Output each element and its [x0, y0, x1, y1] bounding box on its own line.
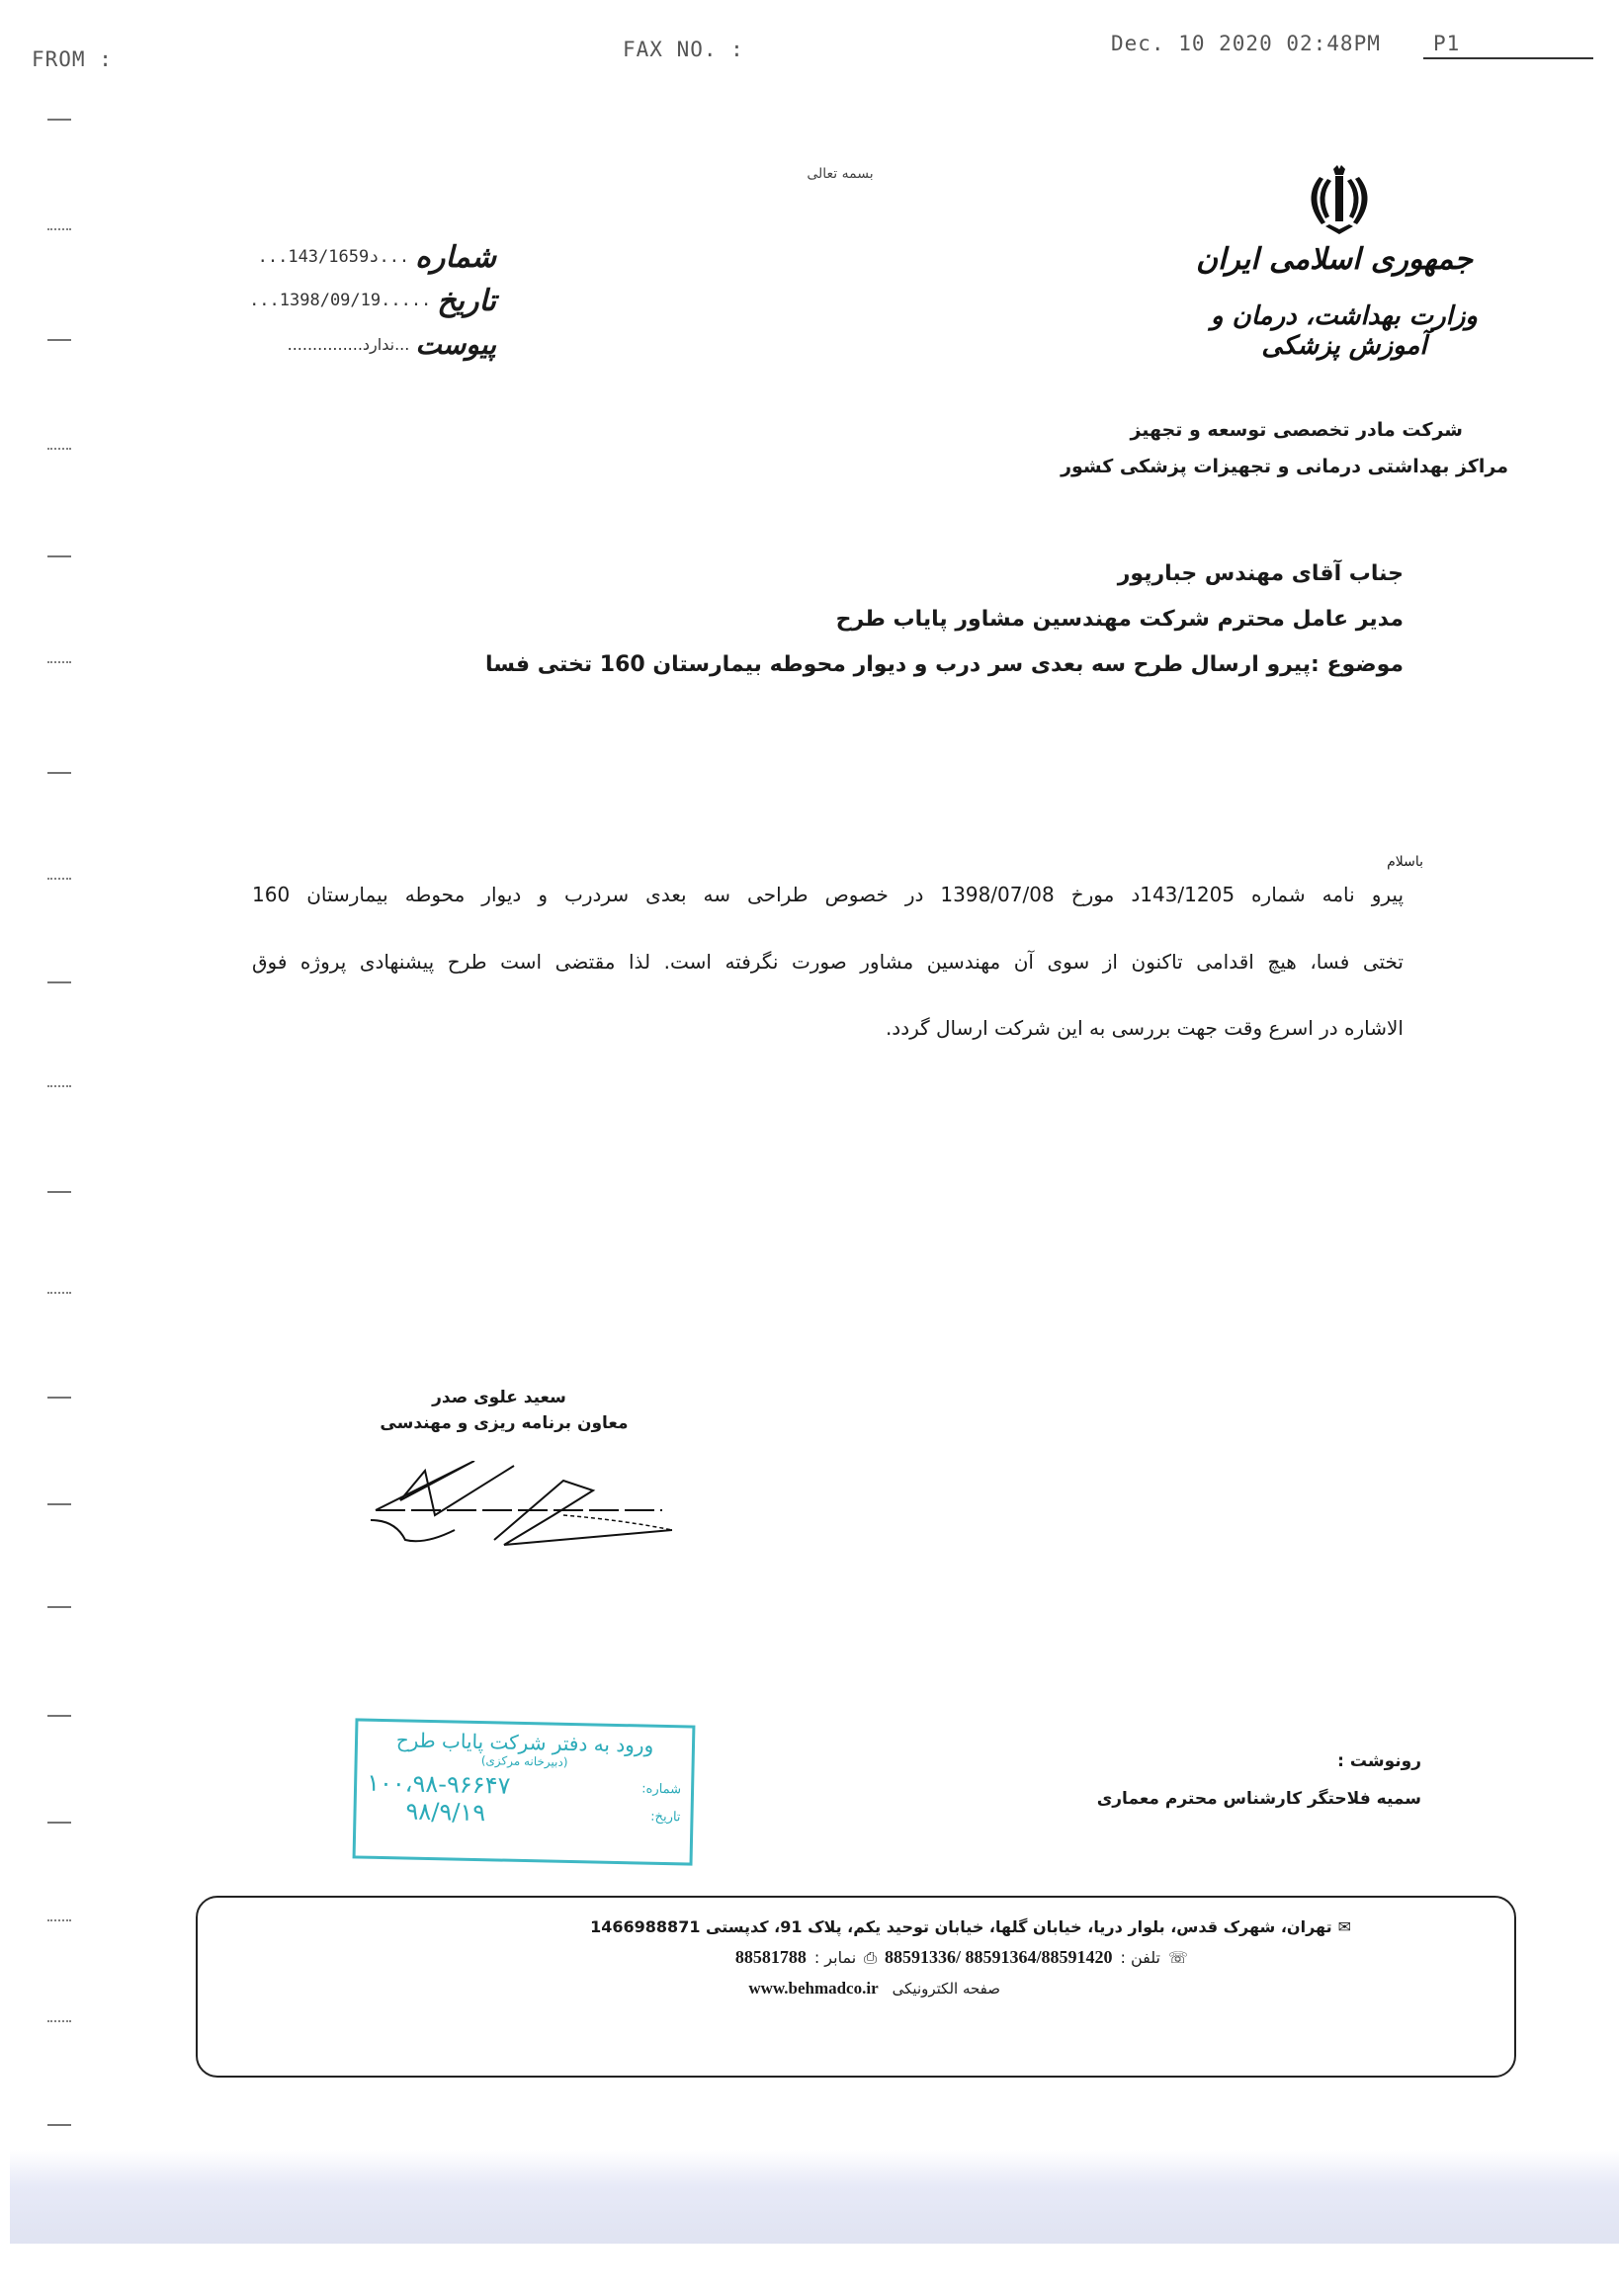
cc-recipient: سمیه فلاحتگر کارشناس محترم معماری: [1097, 1789, 1421, 1809]
received-stamp: ورود به دفتر شرکت پایاب طرح (دبیرخانه مر…: [353, 1718, 696, 1865]
fax-label: نمابر :: [814, 1948, 856, 1967]
stamp-number-value: ۱۰۰،۹۸-۹۶۶۴۷: [367, 1769, 511, 1800]
fax-header-underline: [1423, 57, 1593, 59]
phone-values: 88591336/ 88591364/88591420: [885, 1947, 1113, 1968]
letter-date-value: ...1398/09/19.....: [249, 291, 431, 310]
cc-label: رونوشت :: [1337, 1751, 1421, 1771]
footer-website-row: صفحه الکترونیکی www.behmadco.ir: [748, 1979, 1000, 1998]
phone-icon: ☏: [1168, 1948, 1188, 1967]
body-line-1: پیرو نامه شماره 143/1205د مورخ 1398/07/0…: [252, 883, 1404, 906]
phone-label: تلفن :: [1120, 1948, 1160, 1967]
footer-address-row: ✉ تهران، شهرک قدس، بلوار دریا، خیابان گل…: [590, 1917, 1351, 1936]
letter-date-label: تاریخ: [437, 284, 496, 318]
signature: [366, 1461, 682, 1555]
website-label: صفحه الکترونیکی: [893, 1980, 1000, 1998]
footer-address: تهران، شهرک قدس، بلوار دریا، خیابان گلها…: [590, 1917, 1331, 1936]
signatory-title: معاون برنامه ریزی و مهندسی: [366, 1413, 642, 1433]
footer-contact-box: ✉ تهران، شهرک قدس، بلوار دریا، خیابان گل…: [196, 1896, 1516, 2078]
country-name: جمهوری اسلامی ایران: [1186, 242, 1483, 277]
body-line-2: تختی فسا، هیچ اقدامی تاکنون از سوی آن مه…: [252, 950, 1404, 974]
letter-subject: موضوع :پیرو ارسال طرح سه بعدی سر درب و د…: [485, 652, 1404, 677]
recipient-title: مدیر عامل محترم شرکت مهندسین مشاور پایاب…: [836, 607, 1404, 632]
fax-datetime: Dec. 10 2020 02:48PM: [1111, 32, 1381, 55]
website-link[interactable]: www.behmadco.ir: [748, 1979, 878, 1998]
stamp-date-label: تاریخ:: [650, 1809, 681, 1825]
fax-value: 88581788: [735, 1947, 807, 1968]
iran-emblem-icon: [1300, 163, 1379, 240]
letter-number-value: ...د143/1659...: [258, 247, 410, 267]
fax-page-number: P1: [1433, 32, 1460, 55]
signatory-name: سعید علوی صدر: [376, 1388, 623, 1407]
attachment-label: پیوست: [415, 328, 496, 361]
envelope-icon: ✉: [1338, 1917, 1351, 1936]
recipient-name: جناب آقای مهندس جبارپور: [1118, 561, 1404, 586]
fax-from-label: FROM :: [32, 47, 113, 71]
stamp-number-label: شماره:: [641, 1781, 681, 1797]
ministry-name: وزارت بهداشت، درمان و آموزش پزشکی: [1176, 301, 1512, 361]
scan-shadow-band: [10, 2150, 1619, 2244]
body-line-3: الاشاره در اسرع وقت جهت بررسی به این شرک…: [886, 1016, 1404, 1040]
org-line-1: شرکت مادر تخصصی توسعه و تجهیز: [1130, 419, 1463, 441]
footer-phone-row: ☏ تلفن : 88591336/ 88591364/88591420 ⎙ ن…: [735, 1947, 1188, 1968]
attachment-value: ...ندارد...............: [288, 335, 410, 354]
fax-number-label: FAX NO. :: [623, 38, 744, 61]
letter-number-label: شماره: [415, 240, 496, 275]
fax-icon: ⎙: [864, 1948, 877, 1968]
letter-meta: ...د143/1659... شماره ...1398/09/19.....…: [219, 235, 496, 366]
stamp-date-value: ۹۸/۹/۱۹: [405, 1798, 485, 1828]
org-line-2: مراکز بهداشتی درمانی و تجهیزات پزشکی کشو…: [1061, 456, 1508, 477]
salutation: باسلام: [1387, 854, 1423, 870]
invocation: بسمه تعالی: [781, 166, 899, 182]
